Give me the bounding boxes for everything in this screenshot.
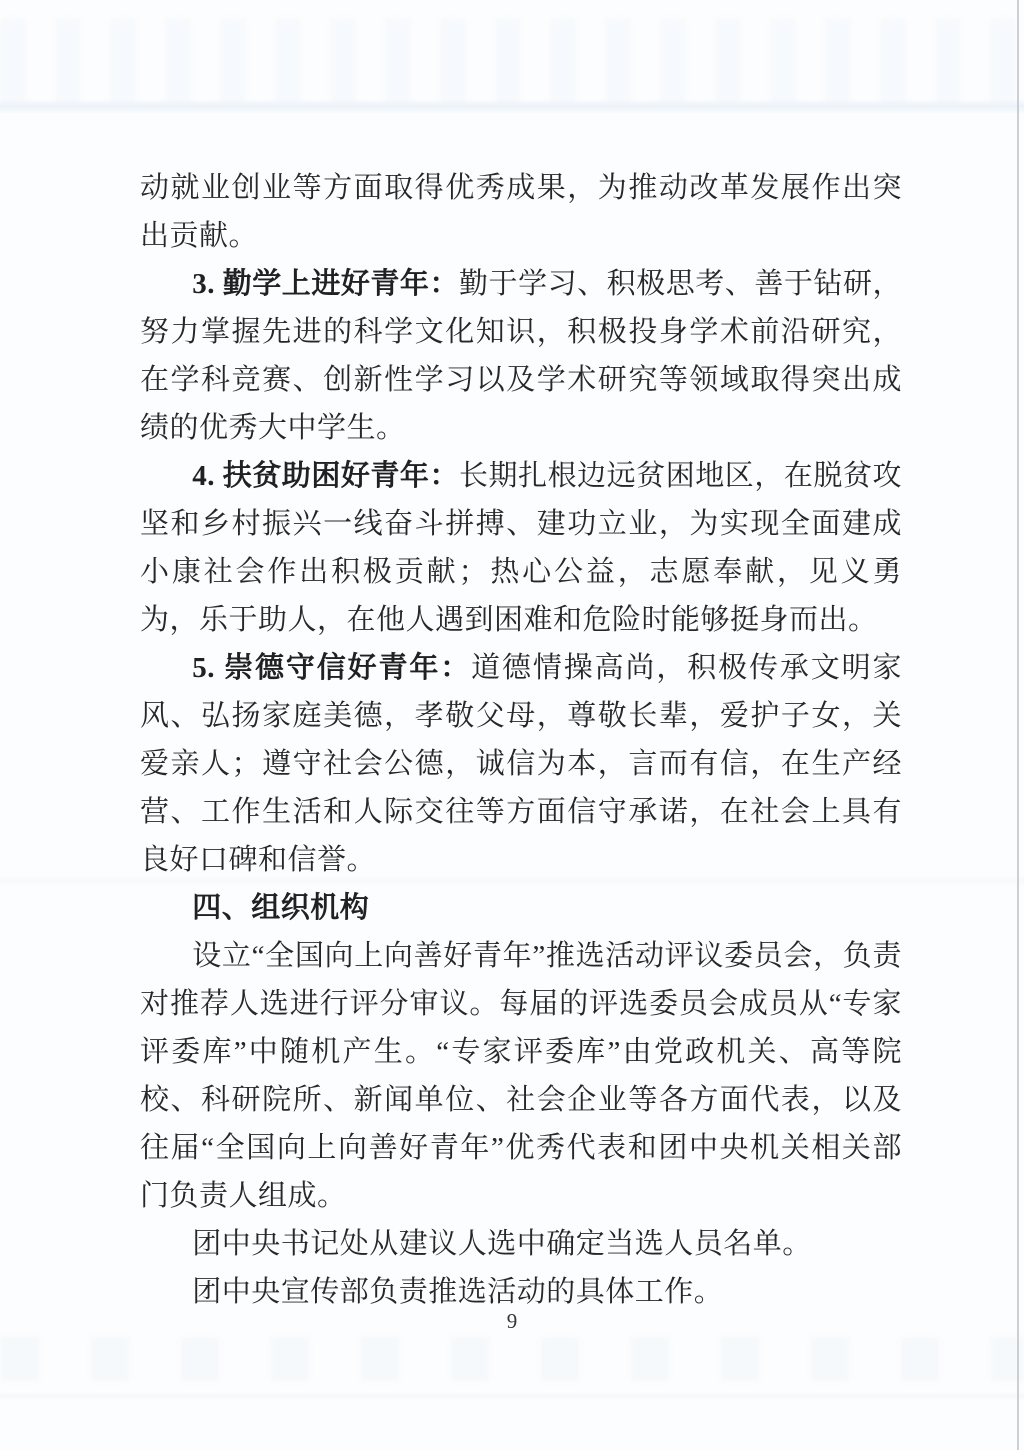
paragraph: 设立“全国向上向善好青年”推选活动评议委员会，负责对推荐人选进行评分审议。每届的… [140,932,902,1220]
paragraph-text: 道德情操高尚，积极传承文明家风、弘扬家庭美德，孝敬父母，尊敬长辈，爱护子女，关爱… [140,652,902,876]
paragraph: 5. 崇德守信好青年：道德情操高尚，积极传承文明家风、弘扬家庭美德，孝敬父母，尊… [140,644,902,884]
paragraph-text: 动就业创业等方面取得优秀成果，为推动改革发展作出突出贡献。 [140,172,902,252]
paragraph-text: 团中央宣传部负责推选活动的具体工作。 [192,1276,723,1308]
paragraph-text: 团中央书记处从建议人选中确定当选人员名单。 [192,1228,812,1260]
paragraph: 团中央书记处从建议人选中确定当选人员名单。 [140,1220,902,1268]
section-heading: 四、组织机构 [140,884,902,932]
paragraph-lead: 4. 扶贫助困好青年： [192,460,459,492]
paragraph-lead: 5. 崇德守信好青年： [192,652,471,684]
paragraph-lead: 3. 勤学上进好青年： [192,268,459,300]
paragraph: 4. 扶贫助困好青年：长期扎根边远贫困地区，在脱贫攻坚和乡村振兴一线奋斗拼搏、建… [140,452,902,644]
paragraph: 3. 勤学上进好青年：勤于学习、积极思考、善于钻研，努力掌握先进的科学文化知识，… [140,260,902,452]
paragraph-text: 设立“全国向上向善好青年”推选活动评议委员会，负责对推荐人选进行评分审议。每届的… [140,940,902,1212]
scan-artifact-band [0,1336,1024,1382]
document-body: 动就业创业等方面取得优秀成果，为推动改革发展作出突出贡献。3. 勤学上进好青年：… [140,164,902,1316]
page-number: 9 [0,1308,1024,1334]
scan-artifact-band [0,100,1024,113]
paragraph-text: 四、组织机构 [192,892,369,924]
document-page: 动就业创业等方面取得优秀成果，为推动改革发展作出突出贡献。3. 勤学上进好青年：… [0,0,1024,1450]
scan-artifact-band [0,18,1024,102]
paragraph: 动就业创业等方面取得优秀成果，为推动改革发展作出突出贡献。 [140,164,902,260]
scanner-edge-line [1017,0,1019,1450]
scan-artifact-band [0,1392,1024,1400]
